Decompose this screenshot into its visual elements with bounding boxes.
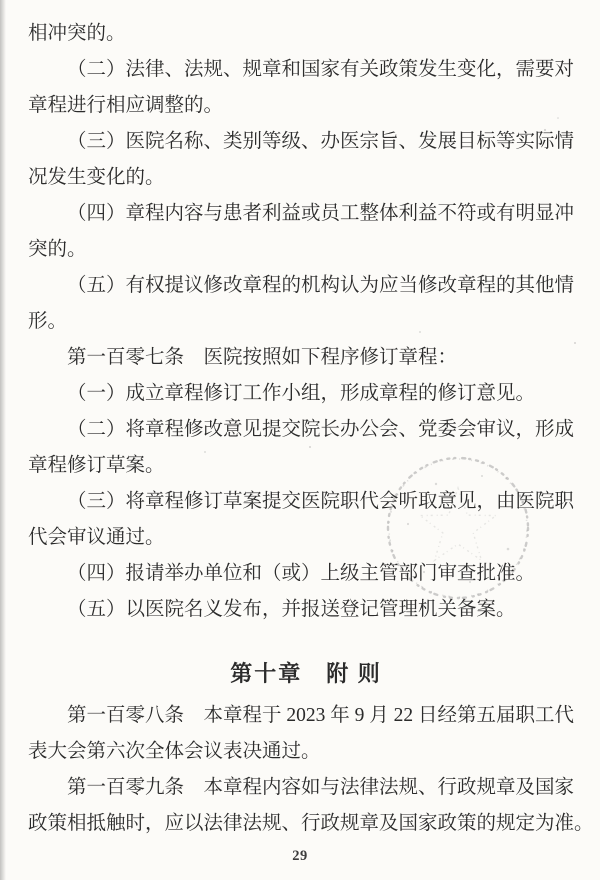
text-line: 表大会第六次全体会议表决通过。 [28,734,584,770]
text-line: 相冲突的。 [28,16,584,52]
text-line: （五）以医院名义发布，并报送登记管理机关备案。 [28,592,584,628]
text-line: （一）成立章程修订工作小组，形成章程的修订意见。 [28,376,584,412]
page-number: 29 [0,848,600,865]
text-line: 代会审议通过。 [28,520,584,556]
document-page: 相冲突的。（二）法律、法规、规章和国家有关政策发生变化，需要对章程进行相应调整的… [0,0,600,880]
text-line: 章程进行相应调整的。 [28,88,584,124]
text-line: 突的。 [28,232,584,268]
chapter-heading: 第十章 附 则 [28,656,584,692]
text-line: 政策相抵触时，应以法律法规、行政规章及国家政策的规定为准。 [28,806,584,842]
text-line: （四）章程内容与患者利益或员工整体利益不符或有明显冲 [28,196,584,232]
text-line: （二）法律、法规、规章和国家有关政策发生变化，需要对 [28,52,584,88]
text-line: （二）将章程修改意见提交院长办公会、党委会审议，形成 [28,412,584,448]
text-line: 章程修订草案。 [28,448,584,484]
body-text-block-top: 相冲突的。（二）法律、法规、规章和国家有关政策发生变化，需要对章程进行相应调整的… [28,16,584,628]
text-line: 第一百零八条 本章程于 2023 年 9 月 22 日经第五届职工代 [28,698,584,734]
text-line: （三）将章程修订草案提交医院职代会听取意见，由医院职 [28,484,584,520]
text-line: 第一百零七条 医院按照如下程序修订章程： [28,340,584,376]
text-line: （四）报请举办单位和（或）上级主管部门审查批准。 [28,556,584,592]
text-line: 形。 [28,304,584,340]
text-line: （三）医院名称、类别等级、办医宗旨、发展目标等实际情 [28,124,584,160]
text-line: 第一百零九条 本章程内容如与法律法规、行政规章及国家 [28,770,584,806]
body-text-block-bottom: 第一百零八条 本章程于 2023 年 9 月 22 日经第五届职工代表大会第六次… [28,698,584,842]
scan-edge-shadow [0,0,6,880]
page-content: 相冲突的。（二）法律、法规、规章和国家有关政策发生变化，需要对章程进行相应调整的… [28,16,584,842]
text-line: （五）有权提议修改章程的机构认为应当修改章程的其他情 [28,268,584,304]
text-line: 况发生变化的。 [28,160,584,196]
